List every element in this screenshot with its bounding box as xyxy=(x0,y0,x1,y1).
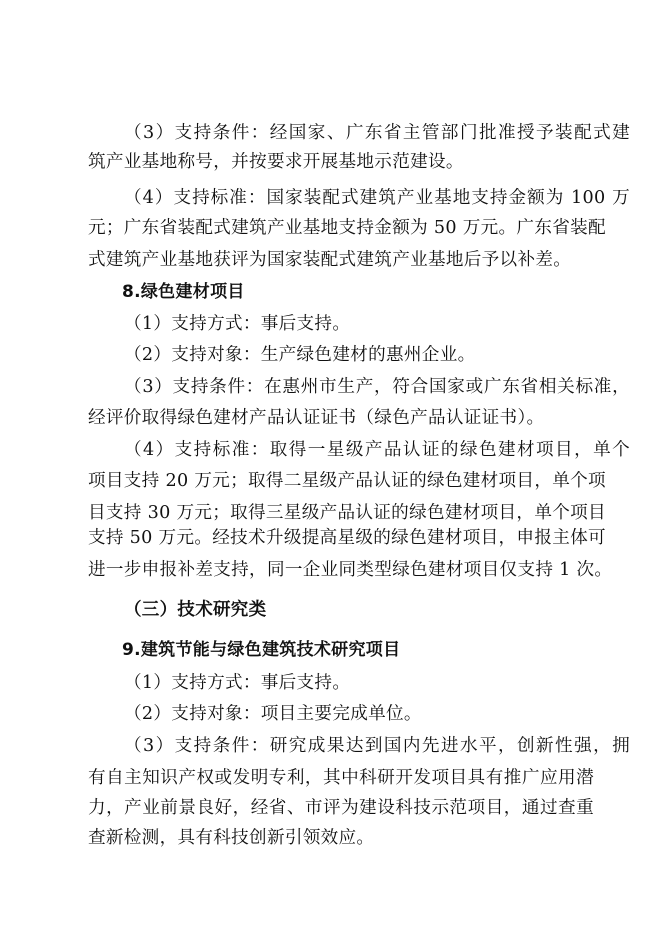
paragraph-line: （2）支持对象：生产绿色建材的惠州企业。 xyxy=(88,339,630,371)
paragraph-line: 进一步申报补差支持，同一企业同类型绿色建材项目仅支持 1 次。 xyxy=(88,554,594,586)
paragraph-line: 力，产业前景良好，经省、市评为建设科技示范项目，通过查重 xyxy=(88,792,594,824)
paragraph-line: （1）支持方式：事后支持。 xyxy=(88,308,630,340)
paragraph-line: 经评价取得绿色建材产品认证证书（绿色产品认证证书）。 xyxy=(88,402,594,434)
paragraph-line: 筑产业基地称号，并按要求开展基地示范建设。 xyxy=(88,146,594,178)
paragraph-line: 支持 50 万元。经技术升级提高星级的绿色建材项目，申报主体可 xyxy=(88,522,594,554)
paragraph-line: （1）支持方式：事后支持。 xyxy=(88,667,630,699)
paragraph-line: 项目支持 20 万元；取得二星级产品认证的绿色建材项目，单个项 xyxy=(88,465,594,497)
paragraph-line: 有自主知识产权或发明专利，其中科研开发项目具有推广应用潜 xyxy=(88,762,594,794)
paragraph-line: （3）支持条件：经国家、广东省主管部门批准授予装配式建 xyxy=(88,117,630,149)
paragraph-line: （4）支持标准：取得一星级产品认证的绿色建材项目，单个 xyxy=(88,434,630,466)
paragraph-line: 式建筑产业基地获评为国家装配式建筑产业基地后予以补差。 xyxy=(88,244,594,276)
paragraph-line: 查新检测，具有科技创新引领效应。 xyxy=(88,822,594,854)
section-heading: （三）技术研究类 xyxy=(88,594,630,626)
paragraph-line: 元；广东省装配式建筑产业基地支持金额为 50 万元。广东省装配 xyxy=(88,212,594,244)
paragraph-line: （4）支持标准：国家装配式建筑产业基地支持金额为 100 万 xyxy=(88,182,630,214)
subsection-heading: 8.绿色建材项目 xyxy=(88,276,628,308)
paragraph-line: （3）支持条件：在惠州市生产，符合国家或广东省相关标准， xyxy=(88,371,630,403)
paragraph-line: （2）支持对象：项目主要完成单位。 xyxy=(88,698,630,730)
paragraph-line: （3）支持条件：研究成果达到国内先进水平，创新性强，拥 xyxy=(88,730,630,762)
subsection-heading: 9.建筑节能与绿色建筑技术研究项目 xyxy=(88,634,628,666)
